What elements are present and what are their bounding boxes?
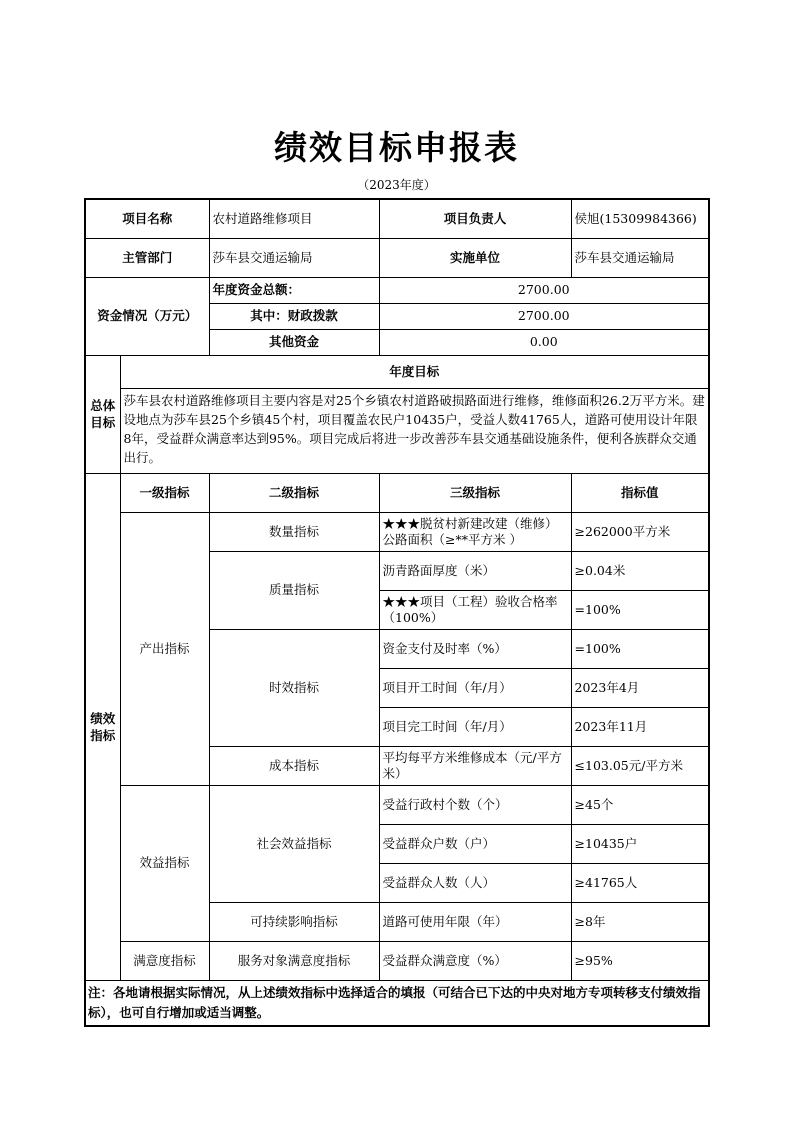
info-row-project: 项目名称 农村道路维修项目 项目负责人 侯旭(15309984366) bbox=[85, 199, 709, 238]
indicator-name: 受益群众满意度（%） bbox=[379, 941, 571, 980]
funds-fiscal-value: 2700.00 bbox=[379, 303, 709, 329]
funds-other-label: 其他资金 bbox=[209, 329, 379, 355]
header-level1: 一级指标 bbox=[120, 473, 209, 512]
owner-label: 项目负责人 bbox=[379, 199, 571, 238]
goal-header: 年度目标 bbox=[120, 355, 709, 388]
owner-value: 侯旭(15309984366) bbox=[571, 199, 709, 238]
indicators-label: 绩效指标 bbox=[85, 473, 120, 980]
indicator-name: 资金支付及时率（%） bbox=[379, 629, 571, 668]
goal-text-row: 莎车县农村道路维修项目主要内容是对25个乡镇农村道路破损路面进行维修，维修面积2… bbox=[85, 388, 709, 473]
level2-quality: 质量指标 bbox=[209, 551, 379, 629]
level2-cost: 成本指标 bbox=[209, 746, 379, 785]
table-row: 效益指标 社会效益指标 受益行政村个数（个） ≥45个 bbox=[85, 785, 709, 824]
indicator-value: ≥45个 bbox=[571, 785, 709, 824]
goal-header-row: 总体目标 年度目标 bbox=[85, 355, 709, 388]
indicator-value: ≤103.05元/平方米 bbox=[571, 746, 709, 785]
level1-output: 产出指标 bbox=[120, 512, 209, 785]
table-row: 产出指标 数量指标 ★★★脱贫村新建改建（维修）公路面积（≥**平方米 ） ≥2… bbox=[85, 512, 709, 551]
indicator-value: ≥41765人 bbox=[571, 863, 709, 902]
goal-label: 总体目标 bbox=[85, 355, 120, 473]
impl-value: 莎车县交通运输局 bbox=[571, 238, 709, 277]
funds-label: 资金情况（万元） bbox=[85, 277, 209, 355]
level1-benefit: 效益指标 bbox=[120, 785, 209, 941]
dept-label: 主管部门 bbox=[85, 238, 209, 277]
funds-other-value: 0.00 bbox=[379, 329, 709, 355]
indicator-value: ≥95% bbox=[571, 941, 709, 980]
indicator-name: 道路可使用年限（年） bbox=[379, 902, 571, 941]
funds-row-total: 资金情况（万元） 年度资金总额： 2700.00 bbox=[85, 277, 709, 303]
indicator-name: 受益行政村个数（个） bbox=[379, 785, 571, 824]
impl-label: 实施单位 bbox=[379, 238, 571, 277]
funds-total-label: 年度资金总额： bbox=[209, 277, 379, 303]
level2-timeliness: 时效指标 bbox=[209, 629, 379, 746]
indicator-header-row: 绩效指标 一级指标 二级指标 三级指标 指标值 bbox=[85, 473, 709, 512]
page-title: 绩效目标申报表 bbox=[0, 122, 793, 169]
indicator-name: 项目开工时间（年/月） bbox=[379, 668, 571, 707]
level2-social: 社会效益指标 bbox=[209, 785, 379, 902]
header-level2: 二级指标 bbox=[209, 473, 379, 512]
indicator-value: =100% bbox=[571, 629, 709, 668]
table-row: 满意度指标 服务对象满意度指标 受益群众满意度（%） ≥95% bbox=[85, 941, 709, 980]
indicator-value: ≥8年 bbox=[571, 902, 709, 941]
indicator-value: =100% bbox=[571, 590, 709, 629]
indicator-value: ≥0.04米 bbox=[571, 551, 709, 590]
indicator-name: ★★★脱贫村新建改建（维修）公路面积（≥**平方米 ） bbox=[379, 512, 571, 551]
indicator-name: 受益群众户数（户） bbox=[379, 824, 571, 863]
project-name-value: 农村道路维修项目 bbox=[209, 199, 379, 238]
level2-service: 服务对象满意度指标 bbox=[209, 941, 379, 980]
level2-sustain: 可持续影响指标 bbox=[209, 902, 379, 941]
dept-value: 莎车县交通运输局 bbox=[209, 238, 379, 277]
year-subtitle: （2023年度） bbox=[0, 176, 793, 193]
funds-total-value: 2700.00 bbox=[379, 277, 709, 303]
indicator-name: 项目完工时间（年/月） bbox=[379, 707, 571, 746]
goal-text: 莎车县农村道路维修项目主要内容是对25个乡镇农村道路破损路面进行维修，维修面积2… bbox=[120, 388, 709, 473]
funds-fiscal-label: 其中：财政拨款 bbox=[209, 303, 379, 329]
indicator-value: 2023年11月 bbox=[571, 707, 709, 746]
indicator-name: 受益群众人数（人） bbox=[379, 863, 571, 902]
header-level3: 三级指标 bbox=[379, 473, 571, 512]
project-name-label: 项目名称 bbox=[85, 199, 209, 238]
note-row: 注：各地请根据实际情况，从上述绩效指标中选择适合的填报（可结合已下达的中央对地方… bbox=[85, 980, 709, 1026]
info-row-dept: 主管部门 莎车县交通运输局 实施单位 莎车县交通运输局 bbox=[85, 238, 709, 277]
indicator-name: ★★★项目（工程）验收合格率（100%） bbox=[379, 590, 571, 629]
header-value: 指标值 bbox=[571, 473, 709, 512]
indicator-value: 2023年4月 bbox=[571, 668, 709, 707]
level2-quantity: 数量指标 bbox=[209, 512, 379, 551]
indicator-value: ≥10435户 bbox=[571, 824, 709, 863]
performance-goal-table: 项目名称 农村道路维修项目 项目负责人 侯旭(15309984366) 主管部门… bbox=[84, 198, 710, 1027]
indicator-name: 平均每平方米维修成本（元/平方米） bbox=[379, 746, 571, 785]
indicator-name: 沥青路面厚度（米） bbox=[379, 551, 571, 590]
indicator-value: ≥262000平方米 bbox=[571, 512, 709, 551]
level1-satisfaction: 满意度指标 bbox=[120, 941, 209, 980]
note-text: 注：各地请根据实际情况，从上述绩效指标中选择适合的填报（可结合已下达的中央对地方… bbox=[85, 980, 709, 1026]
